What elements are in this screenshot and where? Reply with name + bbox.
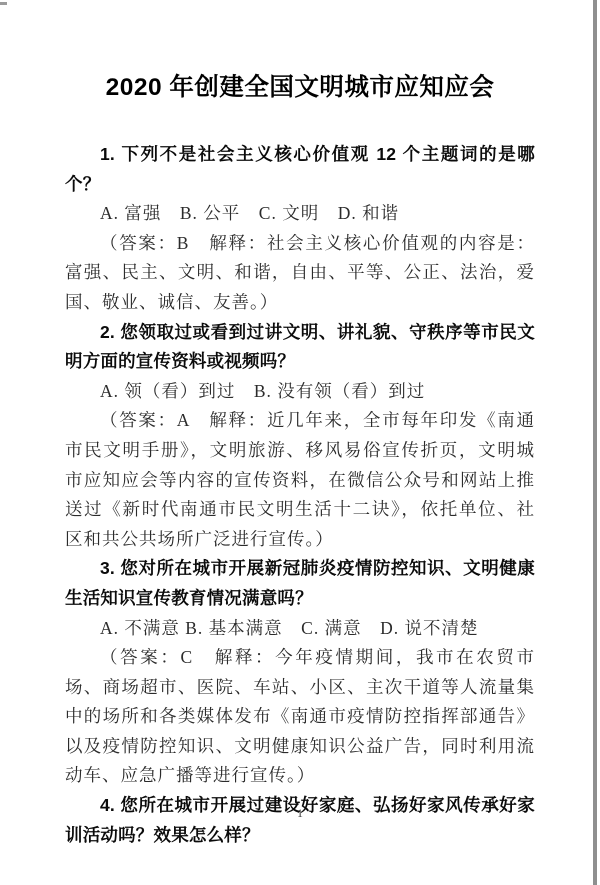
question-2-options: A. 领（看）到过 B. 没有领（看）到过 — [65, 377, 535, 407]
page-right-edge — [593, 0, 597, 885]
question-3-text: 3. 您对所在城市开展新冠肺炎疫情防控知识、文明健康生活知识宣传教育情况满意吗？ — [65, 554, 535, 613]
question-2-text: 2. 您领取过或看到过讲文明、讲礼貌、守秩序等市民文明方面的宣传资料或视频吗？ — [65, 318, 535, 377]
question-2-answer: （答案：A 解释：近几年来，全市每年印发《南通市民文明手册》，文明旅游、移风易俗… — [65, 406, 535, 554]
question-1-answer: （答案：B 解释：社会主义核心价值观的内容是：富强、民主、文明、和谐，自由、平等… — [65, 229, 535, 318]
question-3-options: A. 不满意 B. 基本满意 C. 满意 D. 说不清楚 — [65, 614, 535, 644]
document-title: 2020 年创建全国文明城市应知应会 — [0, 72, 600, 103]
question-1-options: A. 富强 B. 公平 C. 文明 D. 和谐 — [65, 199, 535, 229]
scan-artifact-mark — [0, 2, 7, 5]
question-1-text: 1. 下列不是社会主义核心价值观 12 个主题词的是哪个？ — [65, 140, 535, 199]
page-number: 1 — [0, 806, 600, 821]
question-3-answer: （答案：C 解释：今年疫情期间，我市在农贸市场、商场超市、医院、车站、小区、主次… — [65, 643, 535, 791]
document-page: 2020 年创建全国文明城市应知应会 1. 下列不是社会主义核心价值观 12 个… — [0, 0, 600, 885]
document-body: 1. 下列不是社会主义核心价值观 12 个主题词的是哪个？ A. 富强 B. 公… — [65, 140, 535, 850]
